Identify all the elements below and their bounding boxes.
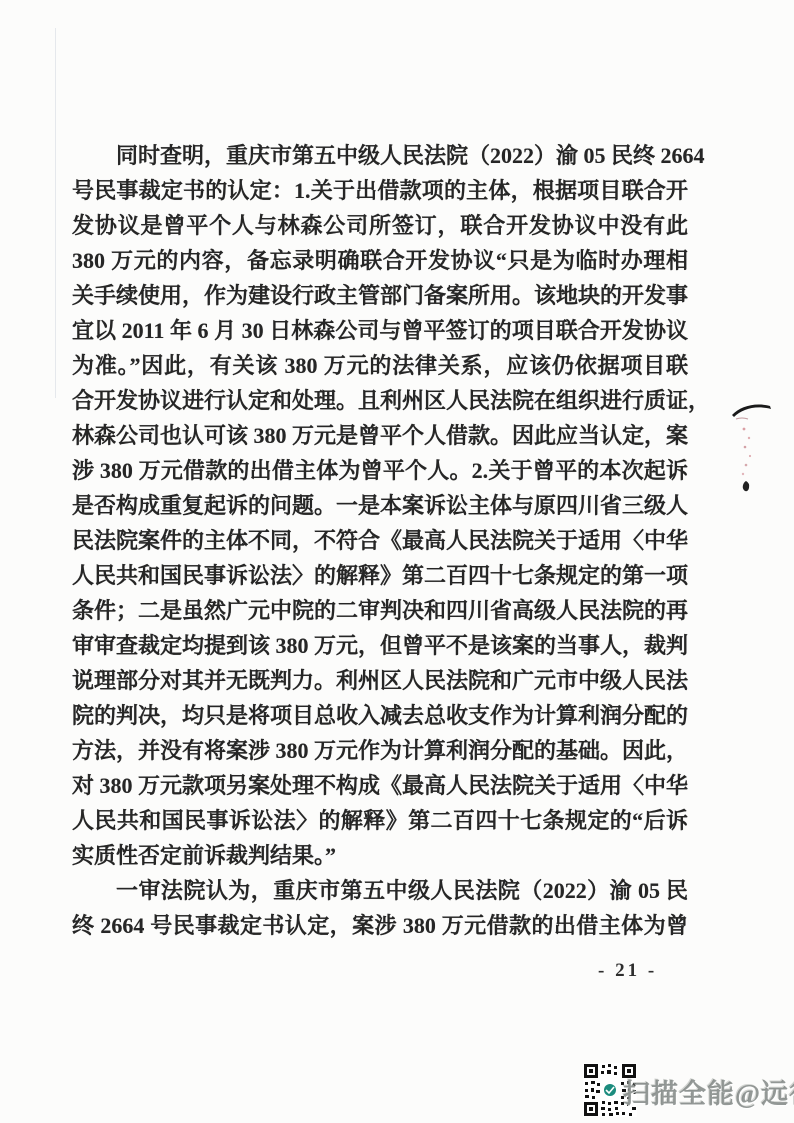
text-line: 人民共和国民事诉讼法〉的解释》第二百四十七条规定的“后诉 bbox=[72, 803, 688, 838]
text-line: 宜以 2011 年 6 月 30 日林森公司与曾平签订的项目联合开发协议 bbox=[72, 313, 688, 348]
page-number: - 21 - bbox=[598, 960, 657, 982]
text-line: 说理部分对其并无既判力。利州区人民法院和广元市中级人民法 bbox=[72, 663, 688, 698]
text-line: 是否构成重复起诉的问题。一是本案诉讼主体与原四川省三级人 bbox=[72, 488, 688, 523]
text-line: 对 380 万元款项另案处理不构成《最高人民法院关于适用〈中华 bbox=[72, 768, 688, 803]
footer-watermark: 扫描全能@远行者 bbox=[581, 1060, 791, 1120]
text-line: 人民共和国民事诉讼法〉的解释》第二百四十七条规定的第一项 bbox=[72, 558, 688, 593]
text-line: 为准。”因此，有关该 380 万元的法律关系，应该仍依据项目联 bbox=[72, 348, 688, 383]
text-line: 合开发协议进行认定和处理。且利州区人民法院在组织进行质证， bbox=[72, 383, 688, 418]
text-line: 号民事裁定书的认定：1.关于出借款项的主体，根据项目联合开 bbox=[72, 173, 688, 208]
text-line: 院的判决，均只是将项目总收入减去总收支作为计算利润分配的 bbox=[72, 698, 688, 733]
text-line: 发协议是曾平个人与林森公司所签订，联合开发协议中没有此 bbox=[72, 208, 688, 243]
document-body: 同时查明，重庆市第五中级人民法院（2022）渝 05 民终 2664号民事裁定书… bbox=[72, 138, 688, 943]
pen-mark-artifact bbox=[726, 393, 790, 503]
text-line: 终 2664 号民事裁定书认定，案涉 380 万元借款的出借主体为曾 bbox=[72, 908, 688, 943]
text-line: 方法，并没有将案涉 380 万元作为计算利润分配的基础。因此， bbox=[72, 733, 688, 768]
text-line: 一审法院认为，重庆市第五中级人民法院（2022）渝 05 民 bbox=[72, 873, 688, 908]
watermark-text: 扫描全能@远行者 bbox=[623, 1072, 794, 1111]
text-line: 条件；二是虽然广元中院的二审判决和四川省高级人民法院的再 bbox=[72, 593, 688, 628]
text-line: 涉 380 万元借款的出借主体为曾平个人。2.关于曾平的本次起诉 bbox=[72, 453, 688, 488]
scan-edge-artifact bbox=[55, 28, 56, 398]
text-line: 同时查明，重庆市第五中级人民法院（2022）渝 05 民终 2664 bbox=[72, 138, 688, 173]
text-line: 380 万元的内容，备忘录明确联合开发协议“只是为临时办理相 bbox=[72, 243, 688, 278]
text-line: 关手续使用，作为建设行政主管部门备案所用。该地块的开发事 bbox=[72, 278, 688, 313]
text-line: 民法院案件的主体不同，不符合《最高人民法院关于适用〈中华 bbox=[72, 523, 688, 558]
scanned-document-page: 同时查明，重庆市第五中级人民法院（2022）渝 05 民终 2664号民事裁定书… bbox=[0, 0, 794, 1123]
text-line: 实质性否定前诉裁判结果。” bbox=[72, 838, 688, 873]
text-line: 审审查裁定均提到该 380 万元，但曾平不是该案的当事人，裁判 bbox=[72, 628, 688, 663]
text-line: 林森公司也认可该 380 万元是曾平个人借款。因此应当认定，案 bbox=[72, 418, 688, 453]
